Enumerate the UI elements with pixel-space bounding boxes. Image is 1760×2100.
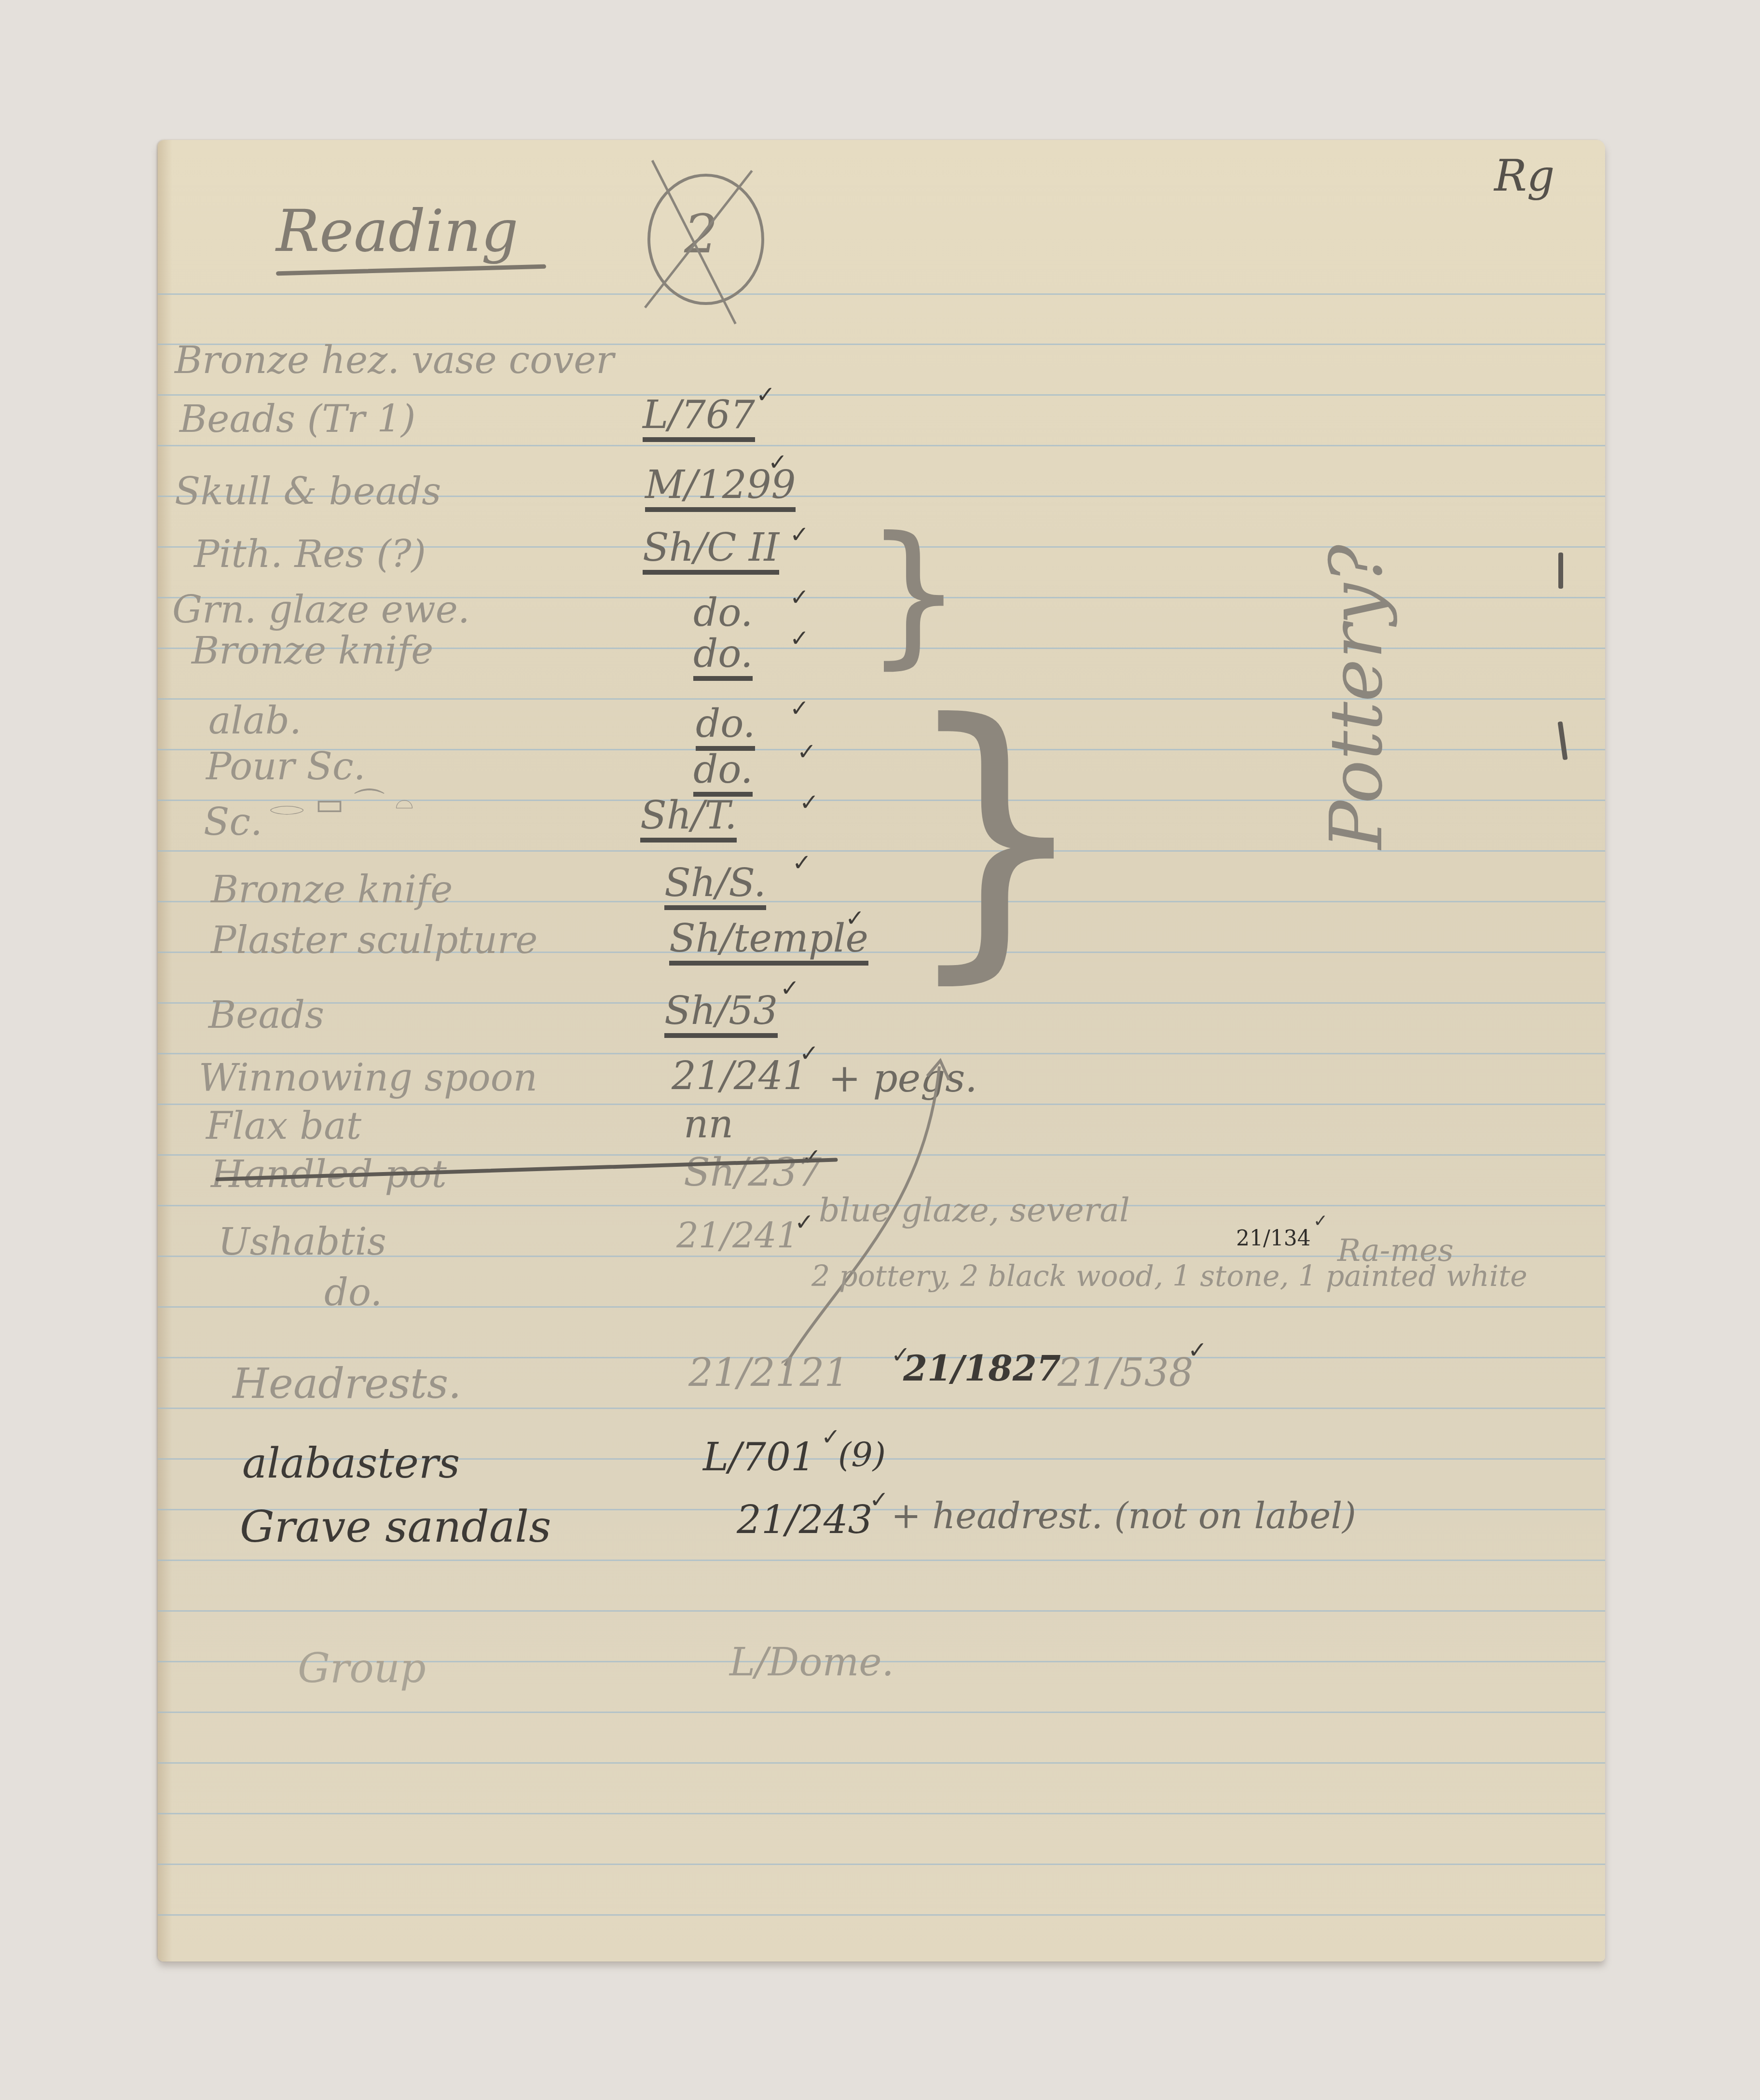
entry-ref: 21/2121 (688, 1354, 849, 1392)
check-mark-icon: ✓ (795, 1209, 814, 1236)
entry-label: Headrests. (233, 1363, 461, 1405)
entry-ref: 21/241 (676, 1218, 798, 1253)
ruled-line (158, 1560, 1605, 1561)
entry-ref: do. (693, 594, 753, 632)
entry-label: Ushabtis (218, 1223, 386, 1261)
check-mark-icon: ✓ (799, 789, 819, 816)
entry-ref: do. (693, 635, 753, 681)
entry-label: Beads (208, 996, 324, 1034)
corner-initials: Rg (1494, 154, 1554, 198)
check-mark-icon: ✓ (1313, 1211, 1328, 1231)
ruled-line (158, 1914, 1605, 1916)
check-mark-icon: ✓ (780, 975, 799, 1002)
ruled-line (158, 1813, 1605, 1814)
check-mark-icon: ✓ (790, 521, 809, 548)
tally-mark (1557, 721, 1567, 760)
check-mark-icon: ✓ (790, 584, 809, 611)
entry-ref: 21/243 (737, 1501, 872, 1539)
entry-ref: L/767 (643, 396, 755, 442)
ruled-line (158, 850, 1605, 852)
check-mark-icon: ✓ (768, 449, 787, 476)
side-annotation-rotated: Pottery? (1320, 545, 1393, 849)
title-underline (276, 264, 546, 276)
entry-ref: L/Dome. (729, 1643, 894, 1682)
circled-page-number: 2 (647, 174, 764, 305)
entry-ref: Sh/T. (640, 796, 737, 843)
check-mark-icon: ✓ (756, 381, 775, 408)
entry-label: Bronze hez. vase cover (175, 342, 614, 379)
tally-mark (1558, 553, 1563, 589)
entry-label: Flax bat (206, 1107, 361, 1145)
ruled-line (158, 394, 1605, 396)
entry-label: do. (324, 1274, 382, 1312)
entry-label: Pith. Res (?) (194, 536, 426, 573)
entry-label: alabasters (242, 1443, 460, 1484)
check-mark-icon: ✓ (797, 738, 816, 765)
entry-label: Pour Sc. (206, 748, 366, 786)
ruled-line (158, 445, 1605, 446)
entry-note: + headrest. (not on label) (891, 1498, 1356, 1534)
ruled-line (158, 293, 1605, 295)
entry-note: 2 pottery, 2 black wood, 1 stone, 1 pain… (811, 1262, 1527, 1291)
check-mark-icon: ✓ (790, 695, 809, 722)
entry-ref: Sh/C II (643, 528, 779, 575)
entry-extra-ref: 21/134 (1236, 1228, 1311, 1249)
entry-label: Plaster sculpture (211, 922, 537, 959)
entry-label: Winnowing spoon (199, 1059, 537, 1097)
ruled-line (158, 1002, 1605, 1004)
grouping-brace: } (865, 516, 963, 671)
entry-note: blue glaze, several (819, 1194, 1130, 1227)
entry-ref-extra: 21/1827 (903, 1351, 1061, 1386)
entry-ref: L/701 (703, 1438, 815, 1477)
check-mark-icon: ✓ (1188, 1337, 1207, 1364)
entry-label: Sc. (204, 803, 262, 841)
entry-label: Grn. glaze ewe. (172, 591, 470, 629)
entry-label: Beads (Tr 1) (179, 401, 415, 438)
entry-label: Bronze knife (211, 871, 453, 909)
entry-ref-extra: 21/538 (1058, 1354, 1193, 1392)
entry-label: alab. (208, 702, 302, 740)
entry-ref: Sh/S. (664, 864, 766, 910)
entry-note: (9) (838, 1438, 886, 1472)
entry-label: Group (298, 1648, 426, 1688)
entry-ref: Sh/temple (669, 919, 868, 966)
entry-ref: do. (693, 750, 753, 797)
check-mark-icon: ✓ (845, 905, 865, 932)
entry-label: Bronze knife (192, 632, 433, 670)
ruled-line (158, 1762, 1605, 1764)
ruled-line (158, 1864, 1605, 1865)
check-mark-icon: ✓ (869, 1486, 889, 1513)
ruled-line (158, 1712, 1605, 1713)
entry-ref: Sh/53 (664, 992, 778, 1038)
entry-label: Grave sandals (240, 1506, 551, 1549)
check-mark-icon: ✓ (790, 625, 809, 652)
entry-ref: nn (684, 1105, 733, 1144)
ruled-line (158, 1610, 1605, 1612)
notebook-page: Reading 2 Rg Pottery? Bronze hez. vase c… (158, 140, 1605, 1962)
check-mark-icon: ✓ (792, 849, 811, 876)
hieroglyph-sketch: 𓂋 ▭ ⌒ 𓏏 (269, 789, 414, 820)
page-title: Reading (276, 203, 518, 261)
entry-ref: do. (696, 705, 755, 751)
grouping-brace: } (901, 685, 1091, 984)
entry-label: Skull & beads (175, 473, 441, 511)
